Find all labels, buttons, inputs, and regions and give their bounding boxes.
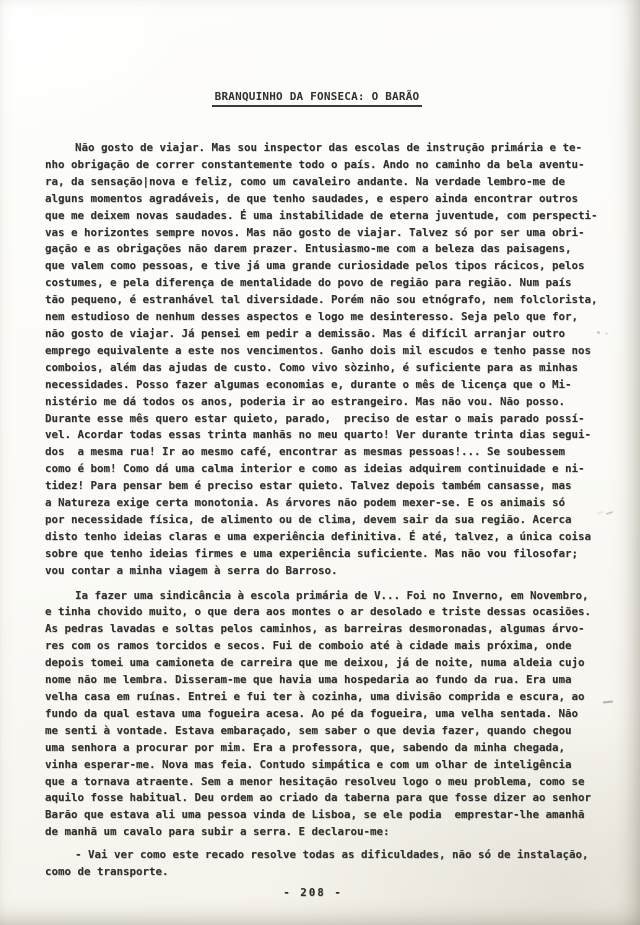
text-line: dos a mesma rua! Ir ao mesmo café, encon… xyxy=(45,444,614,461)
text-line: que valem como pessoas, e tive já uma gr… xyxy=(45,258,614,275)
text-line: Durante esse mês quero estar quieto, par… xyxy=(45,411,614,428)
text-line: que me deixem novas saudades. É uma inst… xyxy=(45,208,614,225)
text-line: que a tornava atraente. Sem a menor hesi… xyxy=(45,774,614,791)
text-line: emprego equivalente a este nos venciment… xyxy=(45,343,614,360)
text-line: de manhã um cavalo para subir a serra. E… xyxy=(45,824,614,841)
paragraph: Ia fazer uma sindicância à escola primár… xyxy=(45,588,614,842)
text-line: comboios, além das ajudas de custo. Como… xyxy=(45,360,614,377)
scanned-document-page: BRANQUINHO DA FONSECA: O BARÃO Não gosto… xyxy=(0,0,640,925)
page-title-text: BRANQUINHO DA FONSECA: O BARÃO xyxy=(212,90,423,107)
text-line: nome não me lembra. Disseram-me que havi… xyxy=(45,672,614,689)
text-line: tidez! Para pensar bem é preciso estar q… xyxy=(45,478,614,495)
text-line: aquilo fosse habitual. Deu ordem ao cria… xyxy=(45,790,614,807)
text-line: Ia fazer uma sindicância à escola primár… xyxy=(45,588,614,605)
text-line: - Vai ver como este recado resolve todas… xyxy=(45,847,614,864)
text-line: fundo da qual estava uma fogueira acesa.… xyxy=(45,706,614,723)
text-line: sobre que tenho ideias firmes e uma expe… xyxy=(45,546,614,563)
text-line: nistério me dá todos os anos, poderia ir… xyxy=(45,394,614,411)
text-line: vel. Acordar todas essas trinta manhãs n… xyxy=(45,427,614,444)
text-line: Barão que estava ali uma pessoa vinda de… xyxy=(45,807,614,824)
text-line: costumes, e pela diferença de mentalidad… xyxy=(45,275,614,292)
text-line: como de transporte. xyxy=(45,864,614,881)
text-line: por necessidade física, de alimento ou d… xyxy=(45,512,614,529)
text-line: e tinha chovido muito, o que dera aos mo… xyxy=(45,604,614,621)
text-line: vou contar a minha viagem à serra do Bar… xyxy=(45,563,614,580)
text-line: me senti à vontade. Estava embaraçado, s… xyxy=(45,723,614,740)
page-number: - 208 - xyxy=(0,886,626,899)
text-line: Não gosto de viajar. Mas sou inspector d… xyxy=(45,140,614,157)
text-line: res com os ramos torcidos e secos. Fui d… xyxy=(45,638,614,655)
text-line: gação e as obrigações não darem prazer. … xyxy=(45,241,614,258)
text-line: a Natureza exige certa monotonia. As árv… xyxy=(45,495,614,512)
text-line: vinha esperar-me. Nova mas feia. Contudo… xyxy=(45,757,614,774)
text-line: disto tenho ideias claras e uma experiên… xyxy=(45,529,614,546)
text-line: ra, da sensação|nova e feliz, como um ca… xyxy=(45,174,614,191)
document-body: Não gosto de viajar. Mas sou inspector d… xyxy=(45,134,614,881)
text-line: depois tomei uma camioneta de carreira q… xyxy=(45,655,614,672)
text-line: uma senhora a procurar por mim. Era a pr… xyxy=(45,740,614,757)
text-line: nho obrigação de correr constantemente t… xyxy=(45,157,614,174)
text-line: alguns momentos agradáveis, de que tenho… xyxy=(45,191,614,208)
text-line: nem estudioso de nenhum desses aspectos … xyxy=(45,309,614,326)
text-line: As pedras lavadas e soltas pelos caminho… xyxy=(45,621,614,638)
text-line: não gosto de viajar. Já pensei em pedir … xyxy=(45,326,614,343)
page-title: BRANQUINHO DA FONSECA: O BARÃO xyxy=(0,90,634,107)
paragraph: Não gosto de viajar. Mas sou inspector d… xyxy=(45,140,614,580)
text-line: tão pequeno, é estranhável tal diversida… xyxy=(45,292,614,309)
text-line: como é bom! Como dá uma calma interior e… xyxy=(45,461,614,478)
text-line: velha casa em ruínas. Entrei e fui ter à… xyxy=(45,689,614,706)
text-line: necessidades. Posso fazer algumas econom… xyxy=(45,377,614,394)
text-line: vas e horizontes sempre novos. Mas não g… xyxy=(45,225,614,242)
paragraph: - Vai ver como este recado resolve todas… xyxy=(45,847,614,881)
